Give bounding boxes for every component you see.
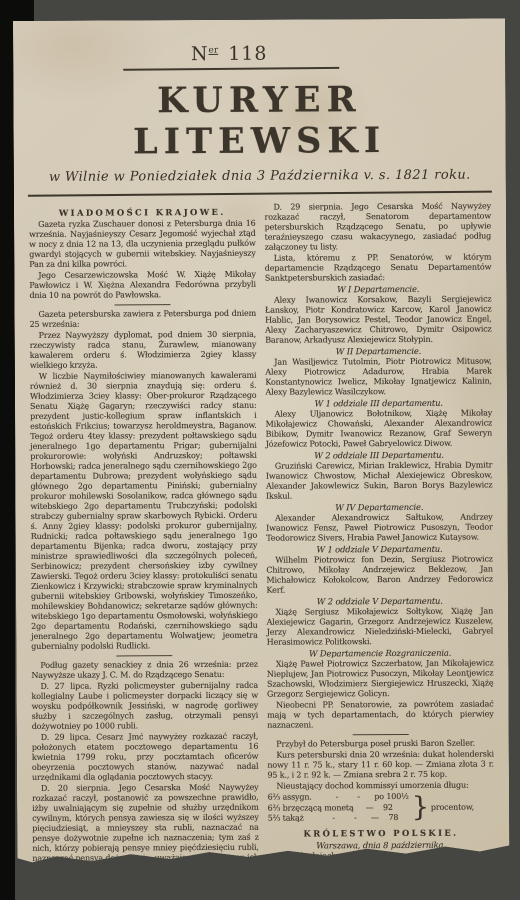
- issue-prefix: N: [191, 43, 209, 65]
- department-heading: Warszawa, dnia 8 października.: [268, 839, 495, 850]
- news-paragraph: Jan Wasiljewicz Tutolmin, Piotr Piotrowi…: [265, 356, 492, 397]
- masthead-rule: [28, 191, 492, 197]
- issue-value: 118: [228, 43, 267, 65]
- news-paragraph: Gazeta petersburska zawiera z Petersburg…: [30, 309, 257, 330]
- department-heading: W I Departamencie.: [265, 283, 492, 294]
- issue-underline-rule: [123, 67, 339, 71]
- separator-rule: [117, 655, 173, 656]
- news-paragraph: Jego Cesarzewiczowska Mość W. Xiążę Miko…: [29, 270, 256, 301]
- separator-rule: [115, 304, 171, 305]
- department-heading: W IV Departamencie.: [266, 501, 493, 512]
- issue-number: Ner118: [0, 42, 475, 67]
- news-paragraph: Gazeta ryzka Zuschauer donosi z Petersbu…: [29, 219, 256, 270]
- scan-edge-strip: [0, 0, 15, 900]
- news-paragraph: D. 29 lipca. Cesarz Jmć naywyżey rozkaza…: [32, 732, 259, 783]
- newspaper-title: KURYER LITEWSKI: [13, 78, 505, 163]
- news-paragraph: Podług gazety senackiey z dnia 26 wrześn…: [31, 660, 258, 681]
- news-paragraph: Wilhelm Piotrowicz fon Dezin, Sergiusz P…: [266, 554, 493, 595]
- right-column: D. 29 sierpnia. Jego Cesarska Mość Naywy…: [264, 201, 494, 873]
- news-paragraph: Xiążę Sergiusz Mikołajewicz Sołtykow, Xi…: [267, 606, 494, 647]
- exchange-rate-unit-label: procentow,: [431, 802, 474, 812]
- news-paragraph: D. 27 lipca. Ryzki policmeyster gubernij…: [31, 681, 258, 732]
- department-heading: W 1 oddziale V Departamentu.: [266, 543, 493, 554]
- department-heading: W 2 oddziale V Departamentu.: [267, 595, 494, 606]
- masthead: Ner118 KURYER LITEWSKI w Wilnie w Ponied…: [13, 41, 506, 196]
- scan-corner-shadow: [0, 0, 34, 22]
- section-heading: WIADOMOŚCI KRAJOWE.: [29, 207, 256, 218]
- news-paragraph: Gruziński Carewicz, Mirian Iraklewicz, H…: [266, 460, 493, 501]
- news-paragraph: Alexy Uljanowicz Bołotnikow, Xiążę Mikoł…: [266, 408, 493, 449]
- department-heading: W Departamencie Rozgraniczenia.: [267, 647, 494, 658]
- news-paragraph: Xiążę Paweł Piotrowicz Szczerbatow, Jan …: [267, 658, 494, 699]
- issue-superscript: er: [208, 46, 218, 56]
- news-paragraph: Alexy Iwanowicz Korsakow, Bazyli Sergiej…: [265, 294, 492, 345]
- department-heading: W 1 oddziale III departamentu.: [265, 397, 492, 408]
- section-heading: KRÓLESTWO POLSKIE.: [268, 827, 495, 838]
- news-paragraph: W tych dniach przybył do tuteyszey stoli…: [268, 850, 495, 871]
- brace-glyph: }: [412, 793, 429, 823]
- department-heading: W II Departamencie.: [265, 345, 492, 356]
- exchange-rate-table: 6⅔ assygn. - - po 100½6⅔ brzęczącą monet…: [268, 791, 495, 824]
- news-paragraph: Nieobecni PP. Senatorowie, za powrótem z…: [267, 699, 494, 730]
- news-paragraph: Kurs petersburski dnia 20 września: duka…: [267, 749, 494, 780]
- news-paragraph: Przez Naywyższy dyplomat, pod dniem 30 s…: [30, 330, 257, 371]
- article-columns: WIADOMOŚCI KRAJOWE.Gazeta ryzka Zuschaue…: [14, 201, 510, 875]
- news-paragraph: Nieustający dochod kommissyi umorzenia d…: [267, 780, 494, 791]
- exchange-rate-row: 6⅔ brzęczącą monetą — 92: [268, 802, 409, 813]
- news-paragraph: D. 20 sierpnia. Jego Cesarska Mość Naywy…: [32, 783, 259, 874]
- news-paragraph: W liczbie Naymiłościwiey mianowanych kaw…: [30, 371, 258, 652]
- newspaper-page: Ner118 KURYER LITEWSKI w Wilnie w Ponied…: [13, 18, 509, 870]
- masthead-dateline: w Wilnie w Poniedziałek dnia 3 Październ…: [14, 167, 506, 185]
- news-paragraph: D. 29 sierpnia. Jego Cesarska Mość Naywy…: [264, 201, 491, 252]
- separator-rule: [352, 734, 408, 735]
- news-paragraph: Lista, któremu z PP. Senatorów, w którym…: [265, 252, 492, 283]
- left-column: WIADOMOŚCI KRAJOWE.Gazeta ryzka Zuschaue…: [29, 203, 259, 875]
- exchange-rate-row: 6⅔ assygn. - - po 100½: [268, 792, 409, 803]
- exchange-rate-rows: 6⅔ assygn. - - po 100½6⅔ brzęczącą monet…: [268, 792, 409, 824]
- department-heading: W 2 oddziale III Departamentu.: [266, 449, 493, 460]
- photo-backdrop: Ner118 KURYER LITEWSKI w Wilnie w Ponied…: [0, 0, 520, 900]
- news-paragraph: Przybył do Petersburga poseł pruski Baro…: [267, 738, 494, 749]
- news-paragraph: Alexander Alexandrowicz Sałtukow, Andrze…: [266, 512, 493, 543]
- exchange-rate-row: 5⅔ takąż - - — 78: [268, 813, 409, 824]
